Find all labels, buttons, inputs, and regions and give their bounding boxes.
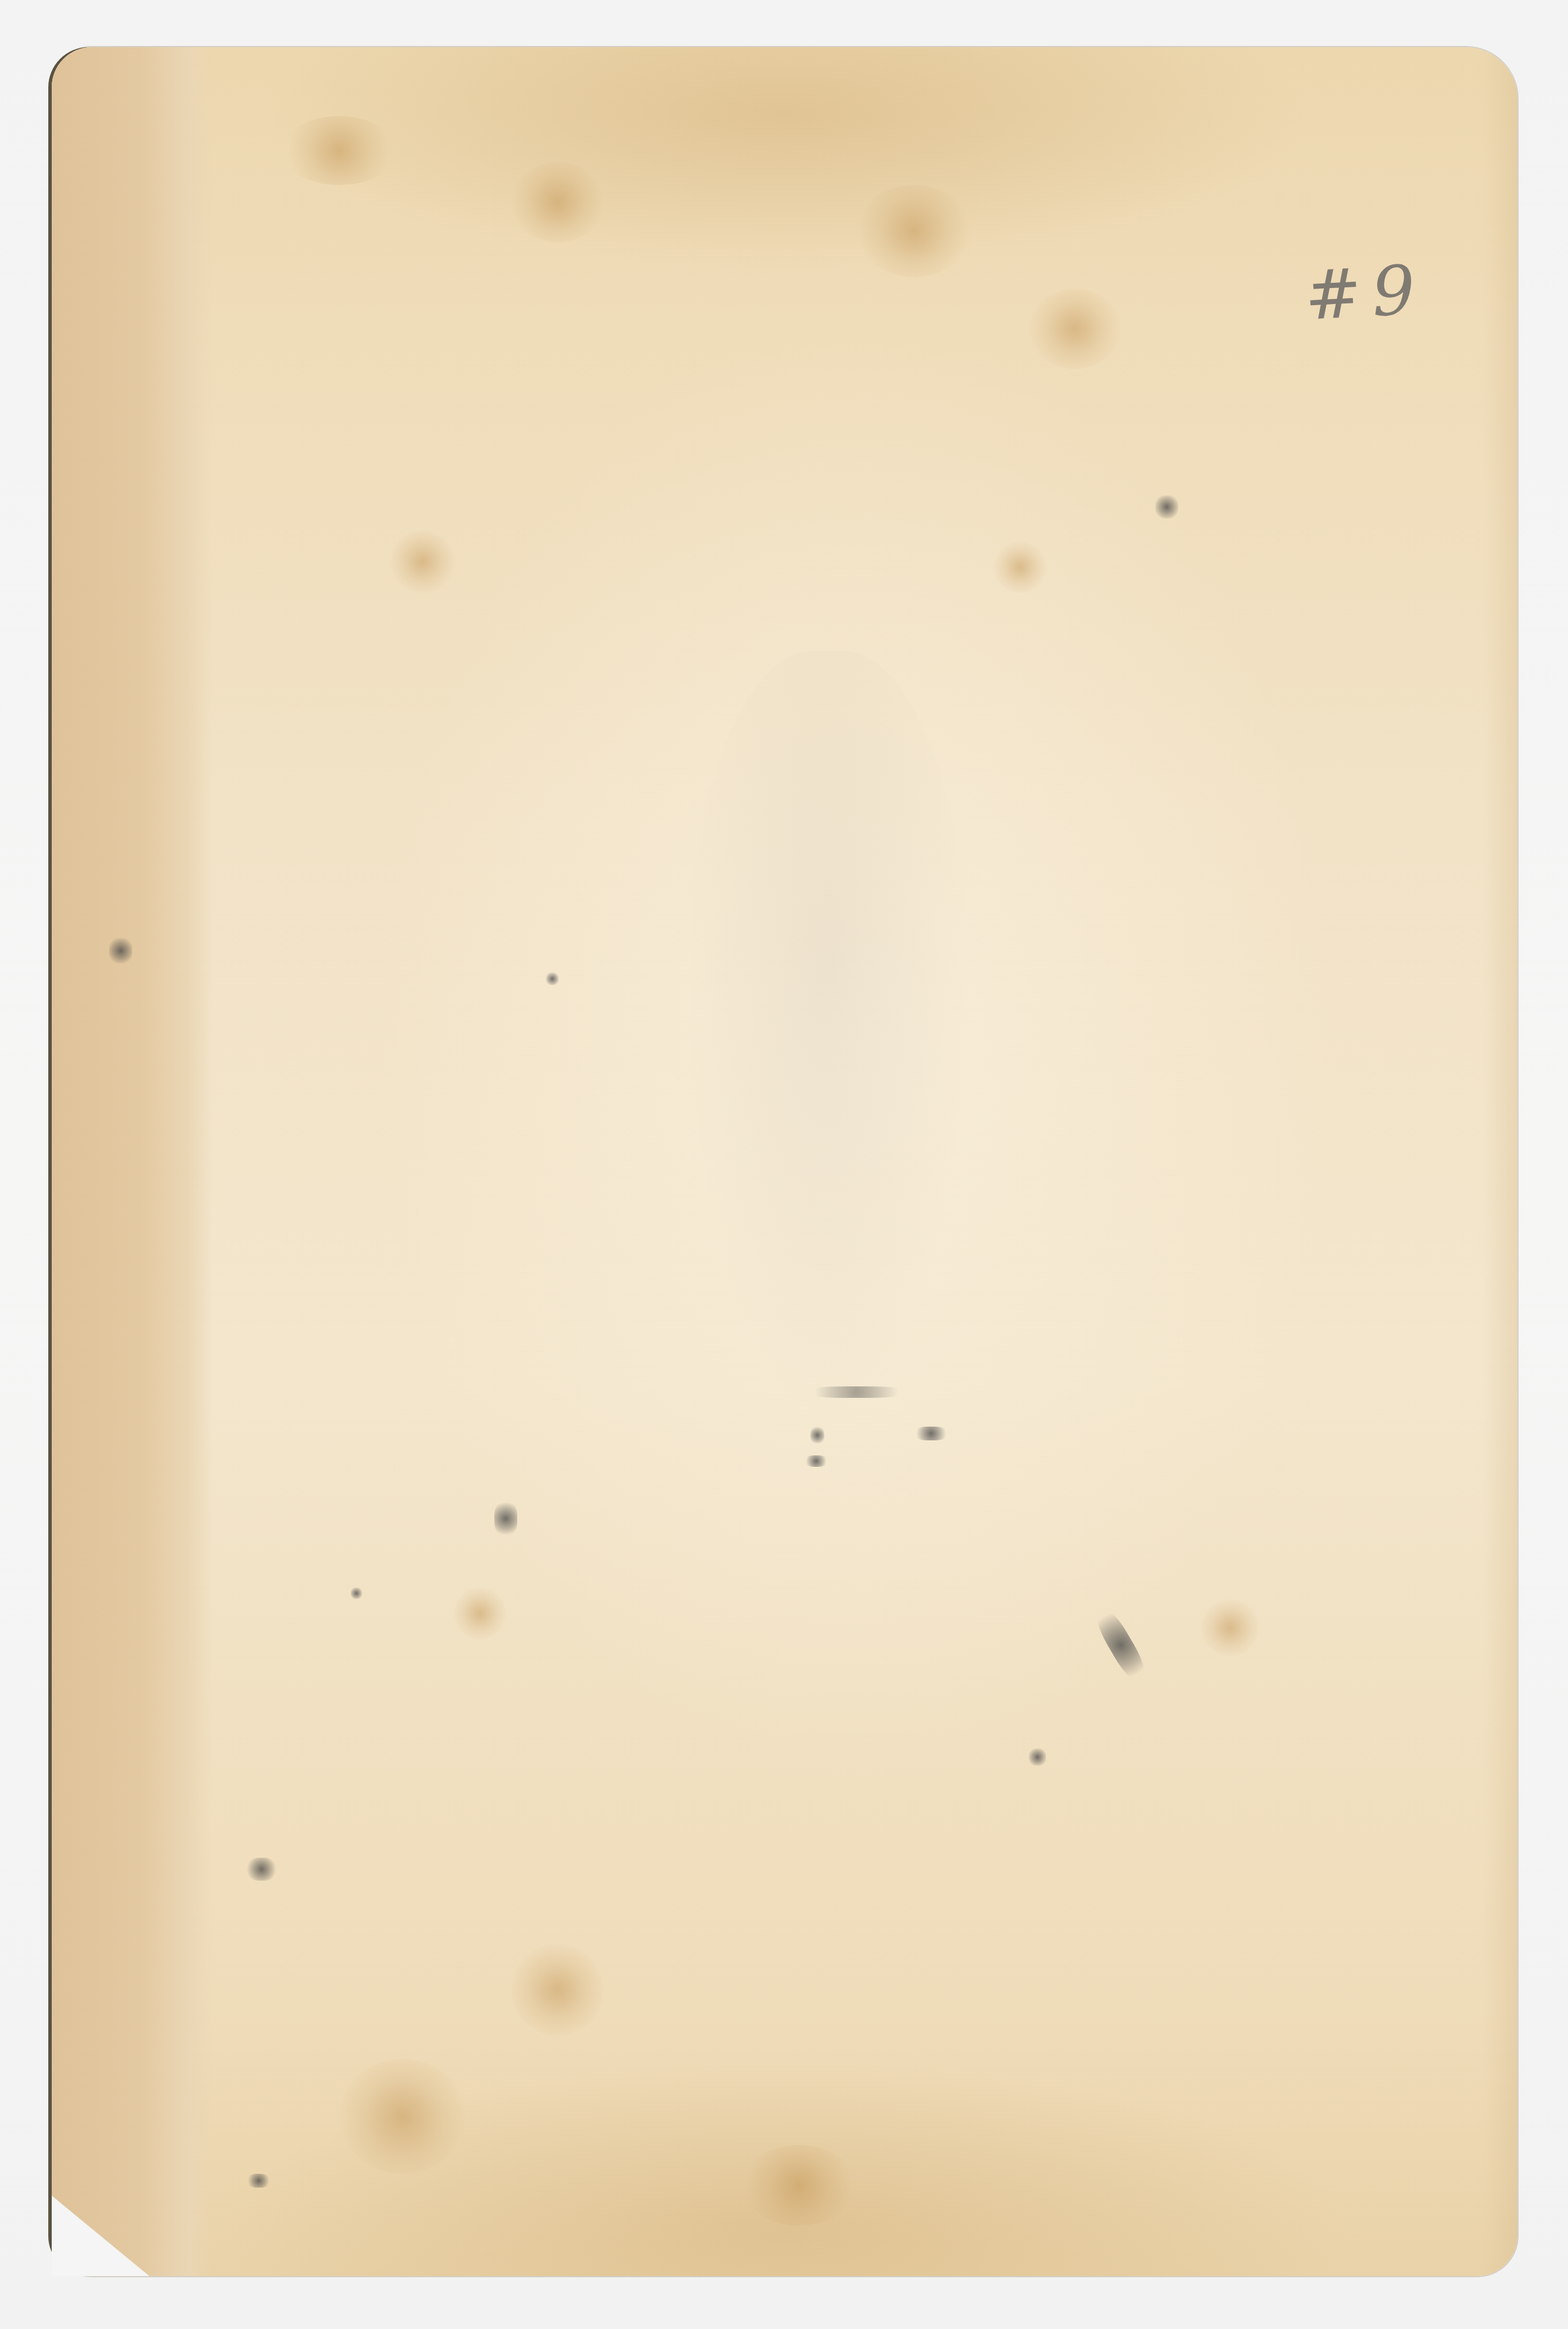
ghost-image-offset	[684, 651, 971, 1427]
card-left-band	[52, 47, 213, 2276]
foxing-stain	[1029, 289, 1121, 369]
graphite-smudge	[546, 973, 559, 985]
foxing-stain	[994, 541, 1046, 593]
graphite-smudge	[805, 1455, 828, 1467]
foxing-stain	[454, 1588, 506, 1639]
foxing-stain	[741, 2145, 856, 2226]
graphite-smudge	[247, 1858, 276, 1881]
graphite-smudge	[351, 1588, 362, 1599]
graphite-smudge	[109, 938, 132, 963]
foxing-stain	[391, 530, 454, 593]
foxing-stain	[339, 2059, 466, 2174]
graphite-smudge	[1029, 1748, 1046, 1766]
graphite-smudge	[247, 2174, 270, 2188]
graphite-smudge	[914, 1427, 948, 1440]
card-back	[52, 47, 1517, 2276]
graphite-smudge	[1091, 1604, 1151, 1685]
graphite-smudge	[1155, 495, 1178, 518]
graphite-smudge	[494, 1501, 517, 1536]
graphite-smudge	[810, 1427, 824, 1444]
foxing-stain	[512, 1944, 604, 2036]
foxing-stain	[282, 116, 397, 185]
foxing-stain	[1201, 1599, 1259, 1657]
handwritten-number: #9	[1303, 250, 1428, 336]
foxing-stain	[856, 185, 971, 277]
foxing-stain	[512, 162, 604, 243]
graphite-smudge	[805, 1386, 908, 1398]
